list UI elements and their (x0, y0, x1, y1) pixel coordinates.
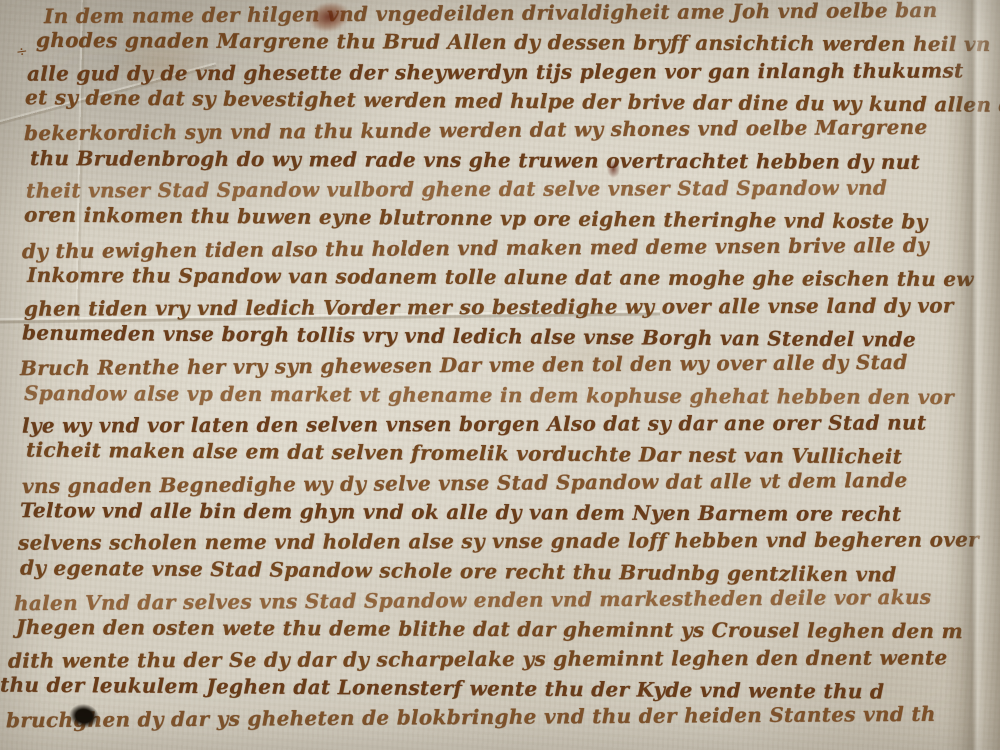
manuscript-line: dy egenate vnse Stad Spandow schole ore … (20, 557, 897, 584)
manuscript-line: dith wente thu der Se dy dar dy scharpel… (8, 647, 948, 670)
manuscript-line: oren inkomen thu buwen eyne blutronne vp… (24, 205, 928, 232)
manuscript-line: selvens scholen neme vnd holden alse sy … (18, 530, 979, 553)
manuscript-line: Jhegen den osten wete thu deme blithe da… (16, 617, 963, 641)
manuscript-line: halen Vnd dar selves vns Stad Spandow en… (14, 587, 931, 613)
manuscript-line: benumeden vnse borgh tollis vry vnd ledi… (22, 322, 916, 349)
manuscript-line: Inkomre thu Spandow van sodanem tolle al… (27, 265, 974, 289)
manuscript-line: lye wy vnd vor laten den selven vnsen bo… (22, 412, 926, 435)
manuscript-text: In dem name der hilgen vnd vngedeilden d… (0, 0, 1000, 750)
manuscript-photo: In dem name der hilgen vnd vngedeilden d… (0, 0, 1000, 750)
manuscript-line: ticheit maken alse em dat selven fromeli… (26, 440, 902, 467)
manuscript-line: ghen tiden vry vnd ledich Vorder mer so … (24, 295, 954, 318)
manuscript-line: bruchghen dy dar ys gheheten de blokbrin… (6, 704, 936, 730)
manuscript-line: et sy dene dat sy bevestighet werden med… (25, 87, 1000, 115)
manuscript-line: vns gnaden Begnedighe wy dy selve vnse S… (22, 470, 908, 496)
manuscript-line: Teltow vnd alle bin dem ghyn vnd ok alle… (20, 500, 901, 524)
manuscript-line: thu der leukulem Jeghen dat Lonensterf w… (0, 675, 884, 702)
manuscript-line: thu Brudenbrogh do wy med rade vns ghe t… (30, 148, 920, 172)
manuscript-line: In dem name der hilgen vnd vngedeilden d… (44, 0, 938, 26)
marginal-mark: ÷ (15, 43, 29, 60)
manuscript-line: Bruch Renthe her vry syn ghewesen Dar vm… (20, 352, 908, 378)
manuscript-line: Spandow alse vp den market vt ghename in… (24, 383, 954, 407)
manuscript-line: alle gud dy de vnd ghesette der sheywerd… (27, 60, 964, 83)
manuscript-line: dy thu ewighen tiden also thu holden vnd… (22, 235, 929, 261)
page-edge (944, 0, 1000, 750)
manuscript-line: bekerkordich syn vnd na thu kunde werden… (24, 117, 928, 143)
manuscript-line: ghodes gnaden Margrene thu Brud Allen dy… (36, 30, 991, 54)
manuscript-line: theit vnser Stad Spandow vulbord ghene d… (26, 178, 887, 201)
ink-spot (607, 160, 620, 178)
